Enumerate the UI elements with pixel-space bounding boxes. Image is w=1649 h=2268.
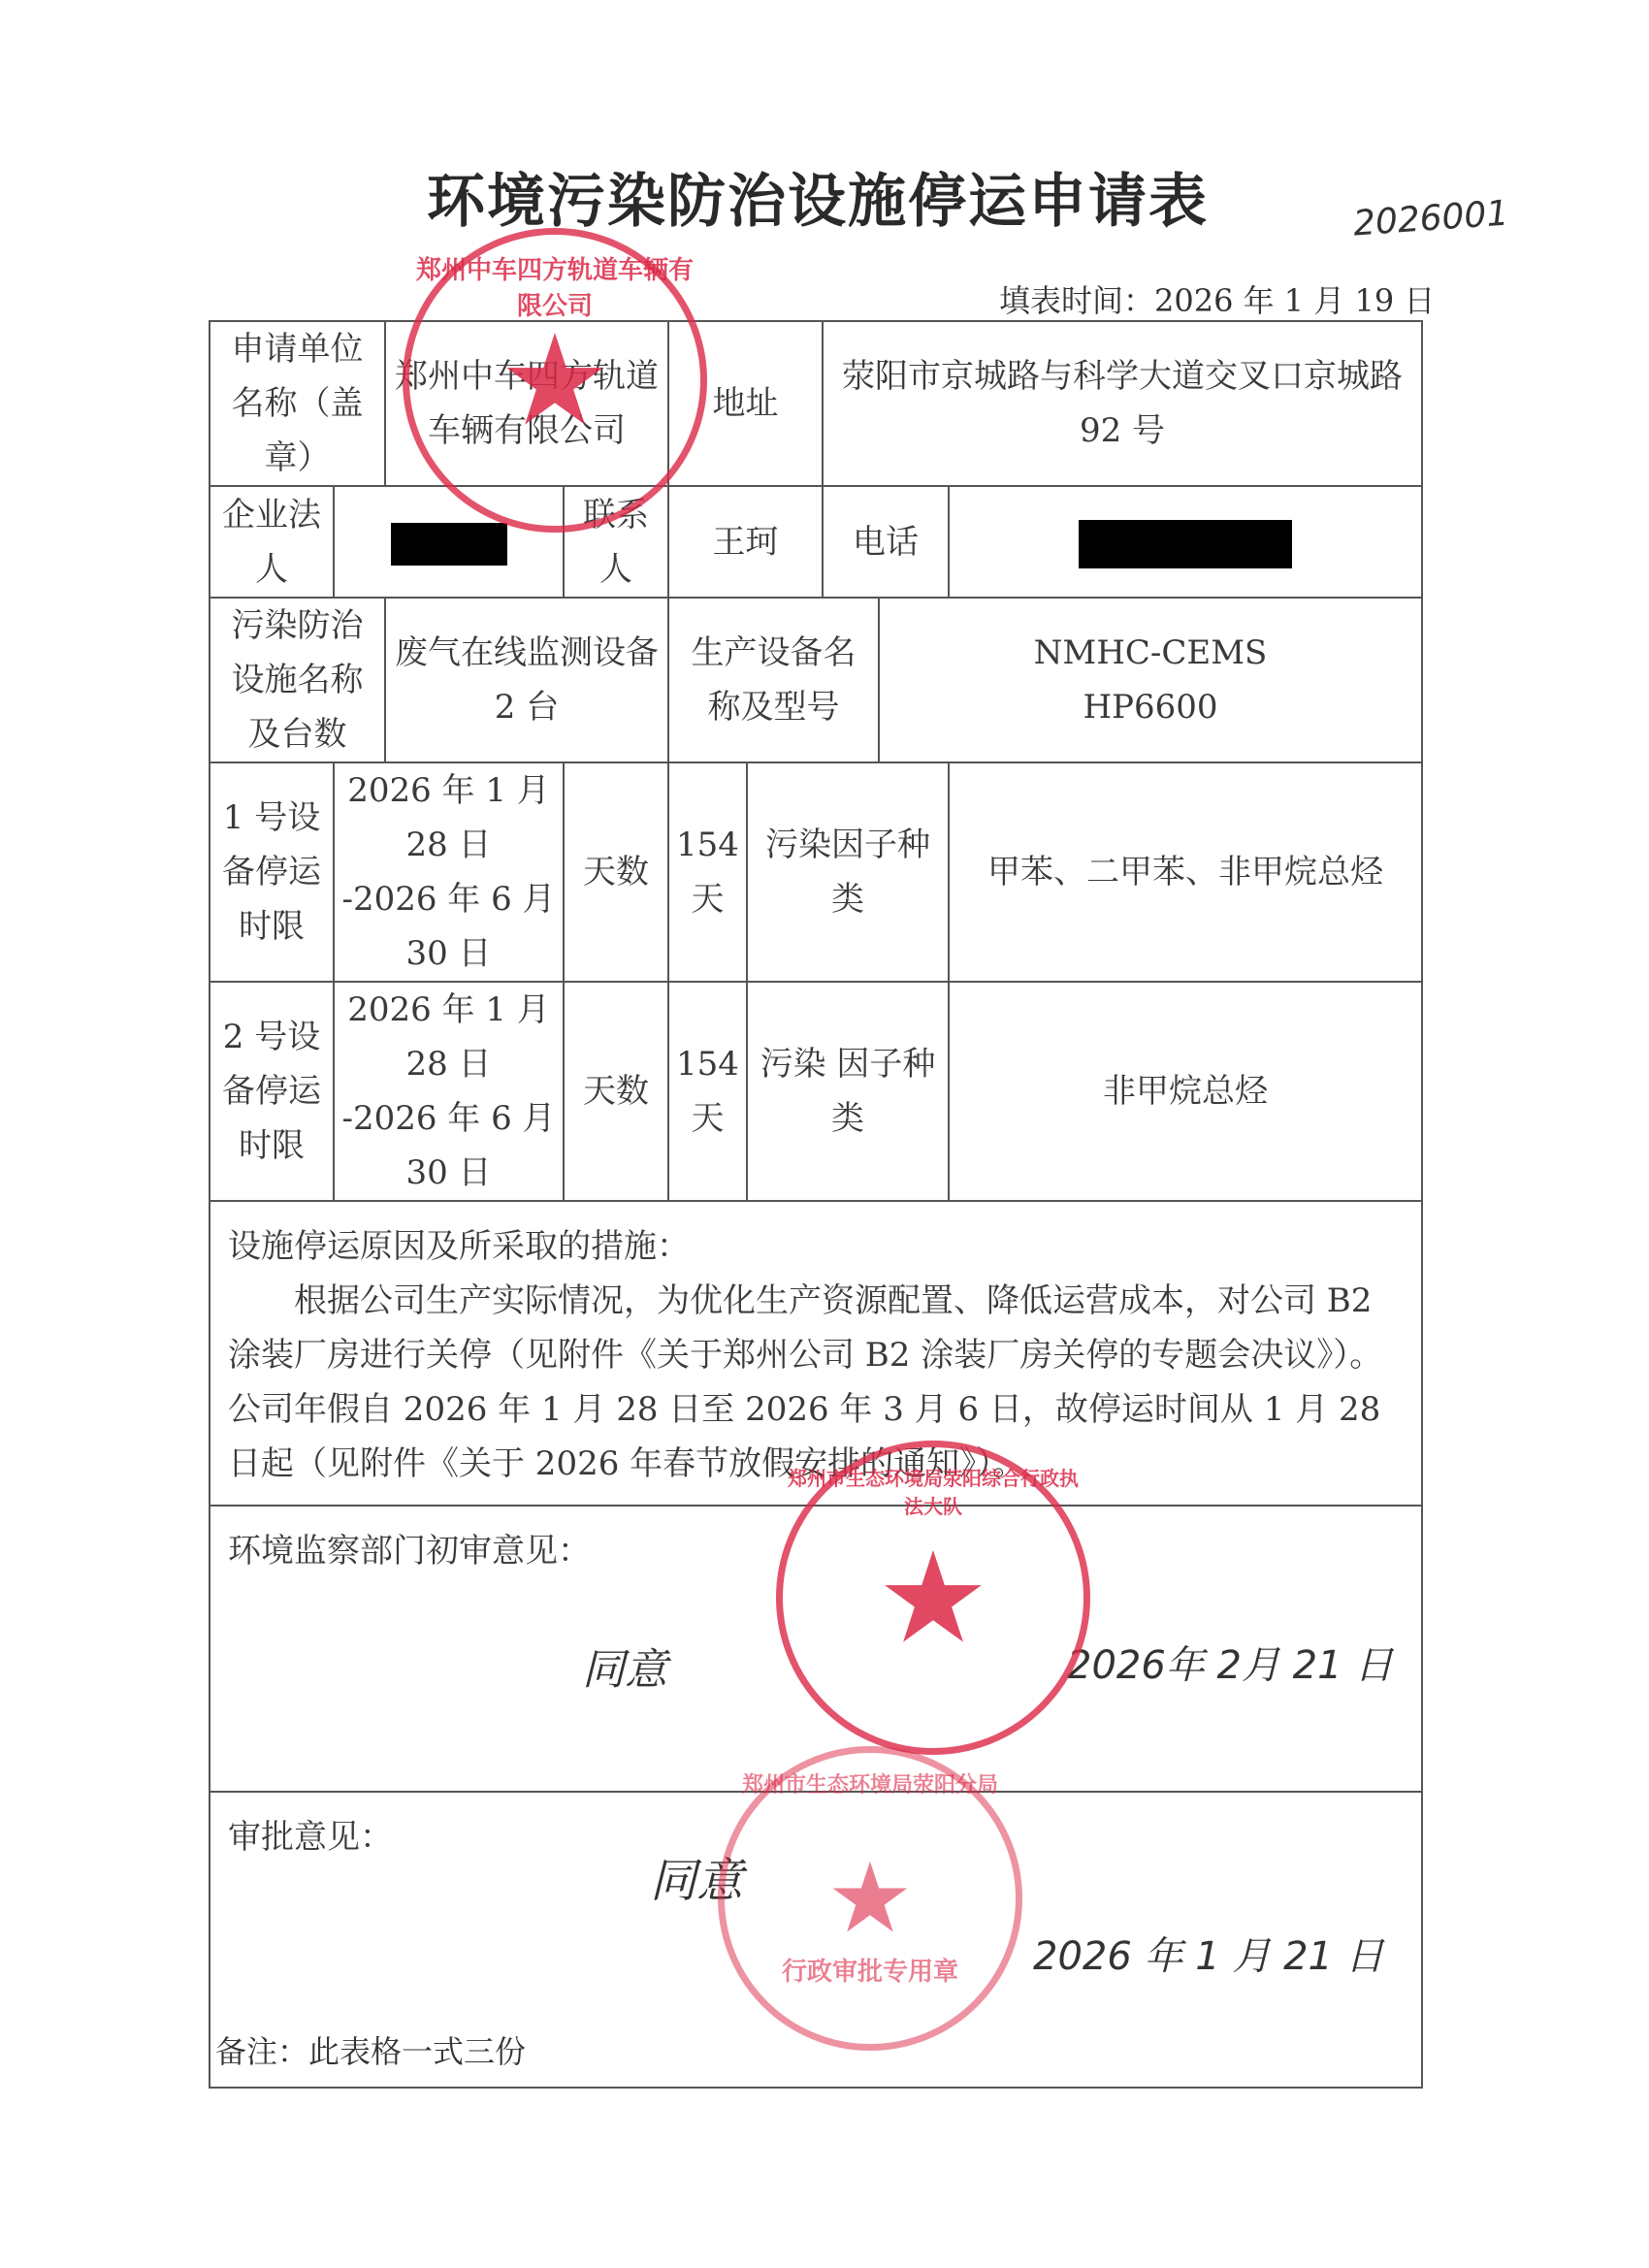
inspection-signature: 同意 [582, 1635, 667, 1697]
inspection-date: 2026年 2月 21 日 [1067, 1635, 1393, 1690]
phone-label: 电话 [823, 486, 949, 598]
device-2-row: 2 号设备停运时限 2026 年 1 月 28 日 -2026 年 6 月 30… [210, 982, 1422, 1201]
facility-row: 污染防治设施名称及台数 废气在线监测设备 2 台 生产设备名称及型号 NMHC-… [210, 598, 1422, 762]
equipment-model-line1: NMHC-CEMS [886, 626, 1415, 680]
footnote: 备注：此表格一式三份 [215, 2027, 526, 2072]
application-form-table: 申请单位名称（盖章） 郑州中车四方轨道车辆有限公司 地址 荥阳市京城路与科学大道… [209, 320, 1423, 2089]
period-end: -2026 年 6 月 30 日 [340, 872, 557, 981]
period-start: 2026 年 1 月 28 日 [340, 763, 557, 872]
serial-number-handwritten: 2026001 [1352, 193, 1510, 243]
device-period: 2026 年 1 月 28 日 -2026 年 6 月 30 日 [334, 762, 564, 982]
contact-label: 联系人 [564, 486, 668, 598]
legal-person-value [334, 486, 564, 598]
document-title: 环境污染防治设施停运申请表 [427, 155, 1209, 239]
days-value: 154 天 [668, 762, 747, 982]
approval-date: 2026 年 1 月 21 日 [1033, 1926, 1384, 1981]
inspection-label: 环境监察部门初审意见： [216, 1507, 1415, 1578]
reason-label: 设施停运原因及所采取的措施： [216, 1202, 1415, 1274]
period-end: -2026 年 6 月 30 日 [340, 1091, 557, 1200]
facility-name-value: 废气在线监测设备 2 台 [385, 598, 668, 762]
device-label: 1 号设备停运时限 [210, 762, 334, 982]
pollutant-label: 污染 因子种类 [747, 982, 949, 1201]
legal-person-label: 企业法人 [210, 486, 334, 598]
device-label: 2 号设备停运时限 [210, 982, 334, 1201]
redaction-block [1079, 520, 1292, 568]
facility-name-label: 污染防治设施名称及台数 [210, 598, 385, 762]
pollutant-value: 非甲烷总烃 [949, 982, 1422, 1201]
pollutant-value: 甲苯、二甲苯、非甲烷总烃 [949, 762, 1422, 982]
reason-row: 设施停运原因及所采取的措施： 根据公司生产实际情况，为优化生产资源配置、降低运营… [210, 1201, 1422, 1506]
days-value: 154 天 [668, 982, 747, 1201]
phone-value [949, 486, 1422, 598]
company-seal-text: 郑州中车四方轨道车辆有限公司 [409, 250, 700, 322]
equipment-model-line2: HP6600 [886, 680, 1415, 734]
reason-cell: 设施停运原因及所采取的措施： 根据公司生产实际情况，为优化生产资源配置、降低运营… [210, 1201, 1422, 1506]
device-period: 2026 年 1 月 28 日 -2026 年 6 月 30 日 [334, 982, 564, 1201]
approval-label: 审批意见： [216, 1793, 1415, 1864]
applicant-row: 申请单位名称（盖章） 郑州中车四方轨道车辆有限公司 地址 荥阳市京城路与科学大道… [210, 321, 1422, 486]
days-label: 天数 [564, 762, 668, 982]
redaction-block [391, 523, 507, 566]
fill-date: 填表时间：2026 年 1 月 19 日 [999, 276, 1435, 321]
period-start: 2026 年 1 月 28 日 [340, 983, 557, 1091]
pollutant-label: 污染因子种类 [747, 762, 949, 982]
equipment-label: 生产设备名称及型号 [668, 598, 879, 762]
days-label: 天数 [564, 982, 668, 1201]
contact-value: 王珂 [668, 486, 823, 598]
address-value: 荥阳市京城路与科学大道交叉口京城路 92 号 [823, 321, 1422, 486]
unit-label: 申请单位名称（盖章） [210, 321, 385, 486]
reason-text: 根据公司生产实际情况，为优化生产资源配置、降低运营成本，对公司 B2 涂装厂房进… [216, 1274, 1415, 1505]
equipment-model: NMHC-CEMS HP6600 [879, 598, 1422, 762]
approval-signature: 同意 [650, 1843, 743, 1910]
address-label: 地址 [668, 321, 823, 486]
unit-name: 郑州中车四方轨道车辆有限公司 [385, 321, 668, 486]
contact-row: 企业法人 联系人 王珂 电话 [210, 486, 1422, 598]
device-1-row: 1 号设备停运时限 2026 年 1 月 28 日 -2026 年 6 月 30… [210, 762, 1422, 982]
